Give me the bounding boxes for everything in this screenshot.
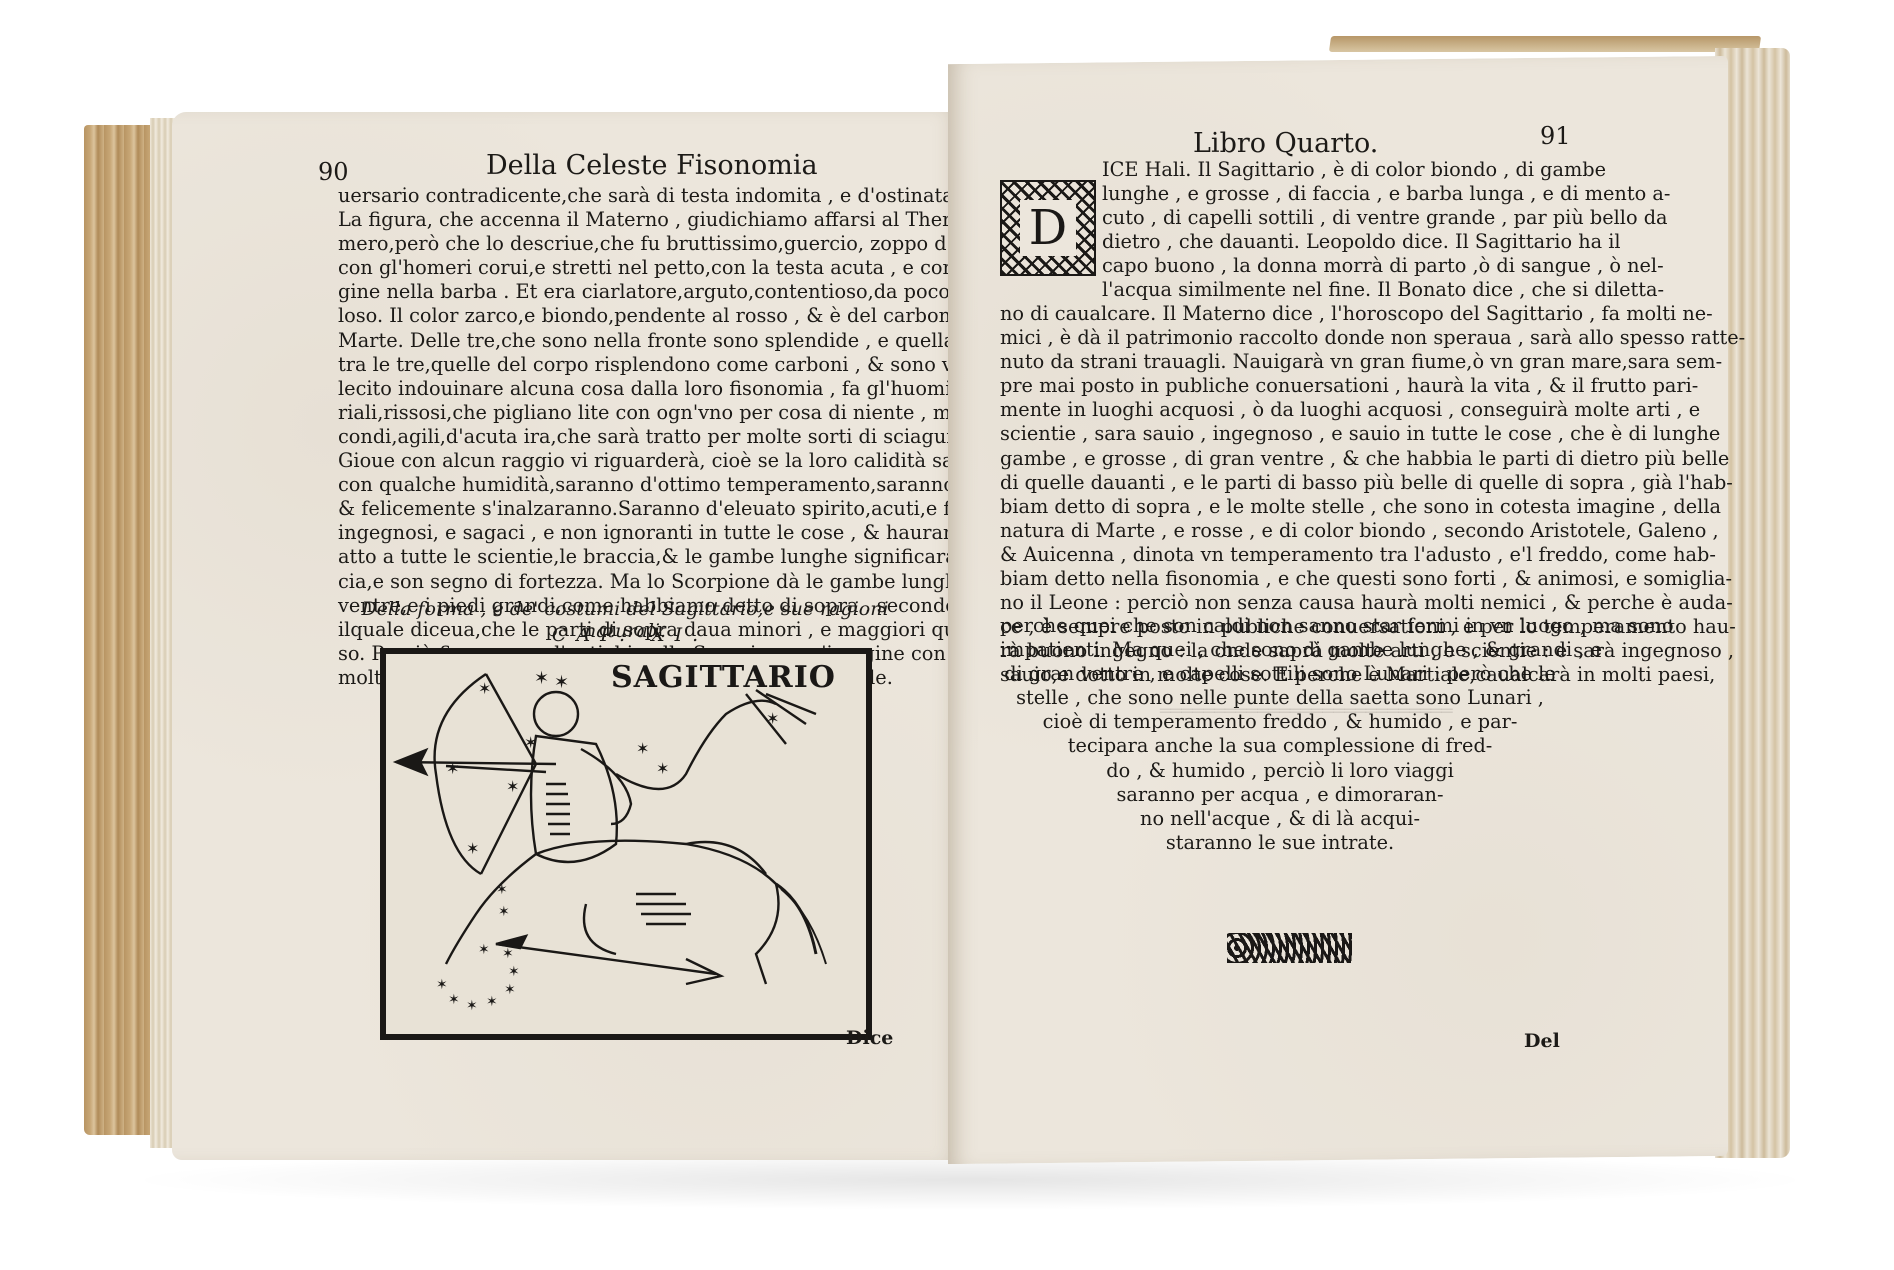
text-line: staranno le sue intrate. — [1000, 831, 1560, 855]
text-line: l'acqua similmente nel fine. Il Bonato d… — [1102, 278, 1670, 302]
right-running-head: Libro Quarto. — [1193, 128, 1378, 159]
right-body-text-indented: ICE Hali. Il Sagittario , è di color bio… — [1102, 158, 1670, 303]
text-line: di gran ventre , e capelli sottili sono … — [1000, 662, 1560, 686]
text-line: cioè di temperamento freddo , & humido ,… — [1000, 710, 1560, 734]
sagittarius-woodcut: ✶ ✶ ✶ ✶ ✶ ✶ ✶ ✶ ✶ ✶ ✶ ✶ ✶ ✶ ✶ ✶ ✶ ✶ ✶ ✶ … — [380, 648, 872, 1040]
right-catchword: Del — [1524, 1030, 1560, 1052]
text-line: perche quei che son caldi non sanno star… — [1000, 614, 1560, 638]
decorated-initial: D — [1000, 180, 1096, 276]
text-line: nuto da strani trauagli. Nauigarà vn gra… — [1000, 350, 1745, 374]
text-line: pre mai posto in publiche conuersationi … — [1000, 374, 1745, 398]
svg-text:✶: ✶ — [478, 942, 490, 958]
svg-text:✶: ✶ — [524, 733, 537, 752]
svg-text:✶: ✶ — [508, 964, 520, 980]
text-line: do , & humido , perciò li loro viaggi — [1000, 759, 1560, 783]
svg-text:✶: ✶ — [656, 759, 669, 778]
text-line: no di caualcare. Il Materno dice , l'hor… — [1000, 302, 1745, 326]
svg-text:✶: ✶ — [486, 994, 498, 1010]
svg-text:✶: ✶ — [466, 839, 479, 858]
text-line: saranno per acqua , e dimoraran- — [1000, 783, 1560, 807]
chapter-number: CAP. XI. — [500, 624, 760, 646]
text-line: cuto , di capelli sottili , di ventre gr… — [1102, 206, 1670, 230]
drop-cap-letter: D — [1020, 200, 1076, 256]
svg-text:✶: ✶ — [502, 946, 514, 962]
right-tapered-text: perche quei che son caldi non sanno star… — [1000, 614, 1560, 855]
svg-text:✶: ✶ — [436, 977, 448, 993]
text-line: gambe , e grosse , di gran ventre , & ch… — [1000, 447, 1745, 471]
text-line: capo buono , la donna morrà di parto ,ò … — [1102, 254, 1670, 278]
text-line: dietro , che dauanti. Leopoldo dice. Il … — [1102, 230, 1670, 254]
right-top-edge — [1329, 36, 1761, 52]
centaur-archer-illustration: ✶ ✶ ✶ ✶ ✶ ✶ ✶ ✶ ✶ ✶ ✶ ✶ ✶ ✶ ✶ ✶ ✶ ✶ ✶ ✶ — [386, 654, 854, 1022]
tailpiece-ornament — [1227, 933, 1352, 963]
text-line: mente in luoghi acquosi , ò da luoghi ac… — [1000, 398, 1745, 422]
svg-text:✶: ✶ — [446, 759, 459, 778]
woodcut-title: SAGITTARIO — [611, 660, 836, 695]
text-line: & Auicenna , dinota vn temperamento tra … — [1000, 543, 1745, 567]
text-line: biam detto nella fisonomia , e che quest… — [1000, 567, 1745, 591]
left-catchword: Dice — [846, 1027, 893, 1049]
svg-text:✶: ✶ — [448, 992, 460, 1008]
text-line: no nell'acque , & di là acqui- — [1000, 807, 1560, 831]
svg-text:✶: ✶ — [496, 882, 508, 898]
svg-text:✶: ✶ — [534, 668, 549, 689]
text-line: biam detto di sopra , e le molte stelle … — [1000, 495, 1745, 519]
text-line: impatienti. Ma quei , che sono di gambe … — [1000, 638, 1560, 662]
svg-text:✶: ✶ — [506, 777, 519, 796]
left-page-number: 90 — [318, 158, 349, 186]
text-line: stelle , che sono nelle punte della saet… — [1000, 686, 1560, 710]
right-page-number: 91 — [1540, 122, 1571, 150]
text-line: di quelle dauanti , e le parti di basso … — [1000, 471, 1745, 495]
text-line: mici , è dà il patrimonio raccolto donde… — [1000, 326, 1745, 350]
left-running-head: Della Celeste Fisonomia — [486, 150, 818, 181]
svg-text:✶: ✶ — [478, 679, 491, 698]
svg-text:✶: ✶ — [554, 672, 569, 693]
text-line: lunghe , e grosse , di faccia , e barba … — [1102, 182, 1670, 206]
svg-text:✶: ✶ — [498, 904, 510, 920]
text-line: ICE Hali. Il Sagittario , è di color bio… — [1102, 158, 1670, 182]
svg-text:✶: ✶ — [766, 709, 779, 728]
svg-text:✶: ✶ — [504, 982, 516, 998]
svg-text:✶: ✶ — [636, 739, 649, 758]
text-line: scientie , sara sauio , ingegnoso , e sa… — [1000, 422, 1745, 446]
svg-text:✶: ✶ — [466, 998, 478, 1014]
text-line: tecipara anche la sua complessione di fr… — [1000, 734, 1560, 758]
text-line: natura di Marte , e rosse , e di color b… — [1000, 519, 1745, 543]
text-line: no il Leone : perciò non senza causa hau… — [1000, 591, 1745, 615]
